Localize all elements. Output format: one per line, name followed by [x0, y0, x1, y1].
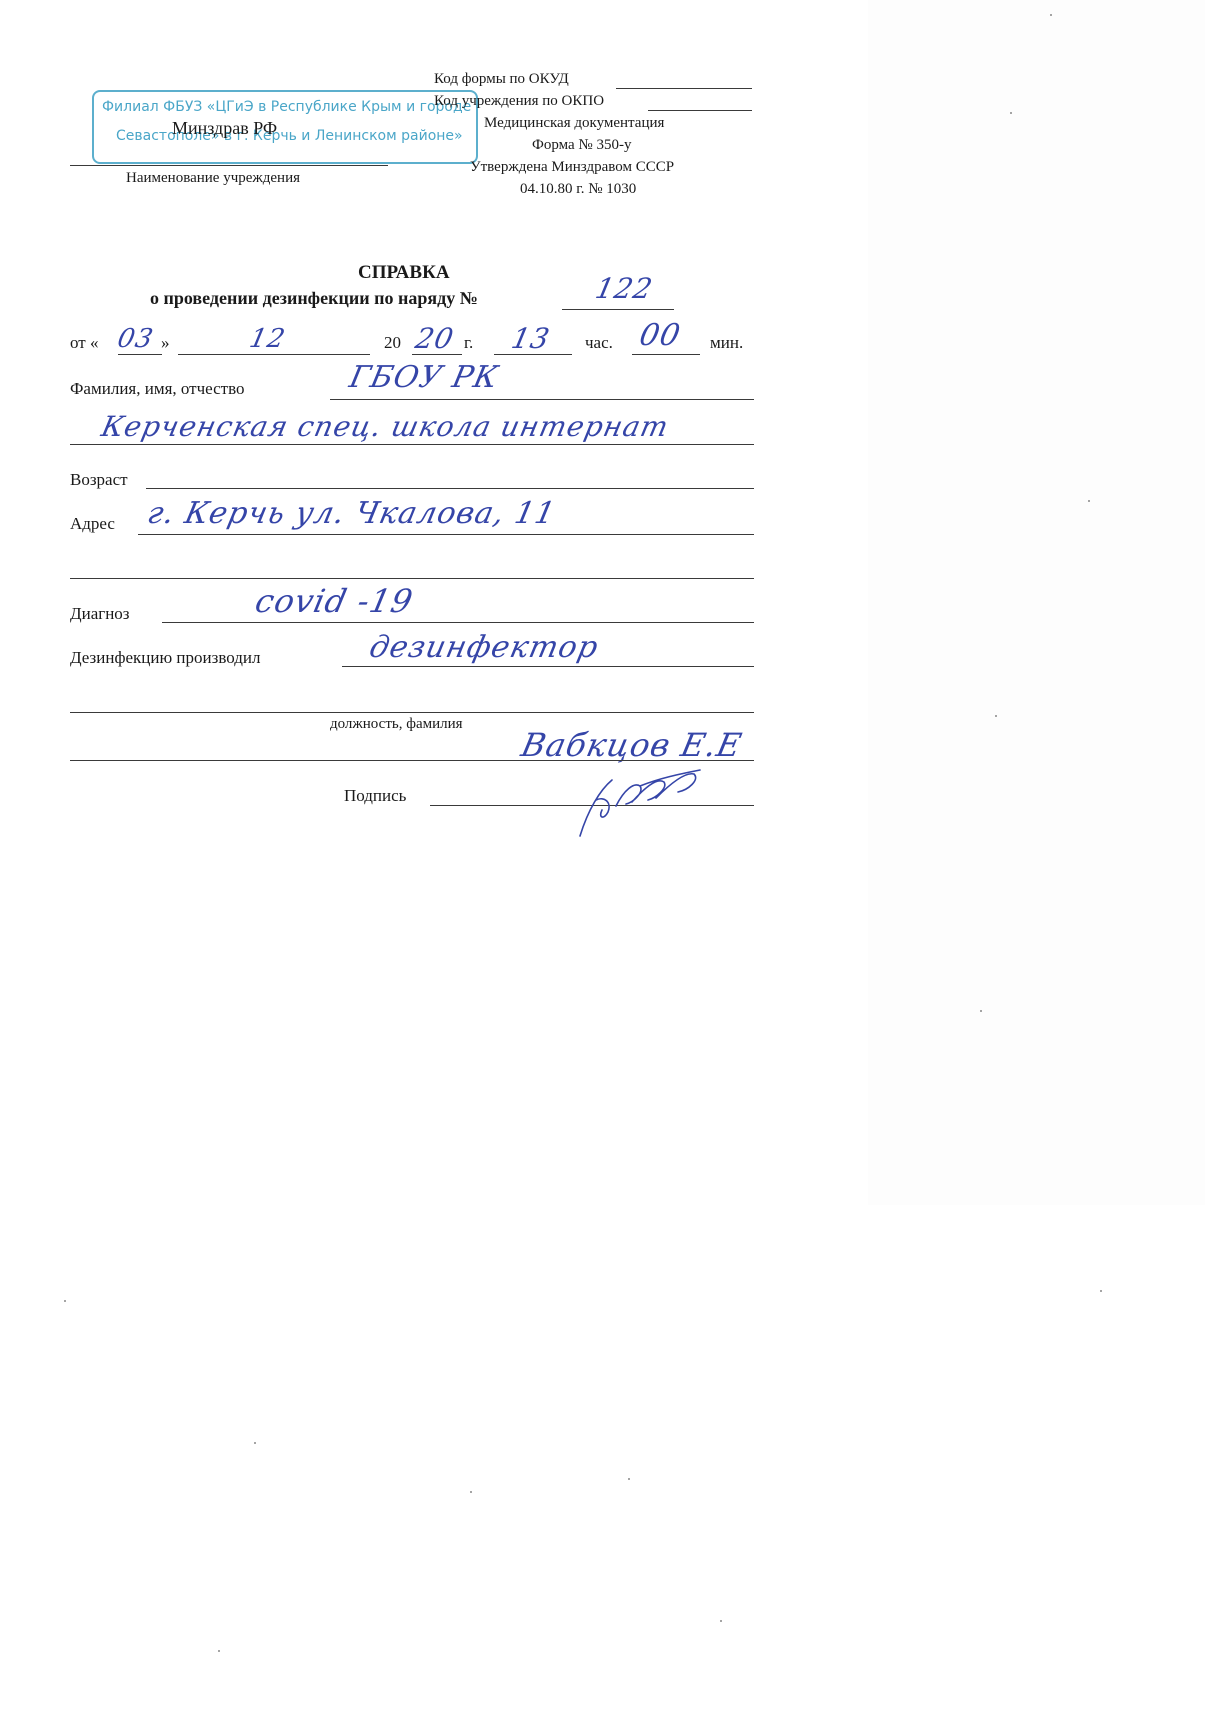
stamp-line-1: Филиал ФБУЗ «ЦГиЭ в Республике Крым и го… — [102, 99, 471, 115]
order-number-line — [562, 309, 674, 310]
signature-scribble — [560, 760, 760, 840]
scan-speck — [470, 1491, 472, 1493]
month-value: 12 — [247, 324, 288, 354]
full-name-line-2 — [70, 444, 754, 445]
full-name-value-2: Керченская спец. школа интернат — [98, 410, 672, 443]
full-name-label: Фамилия, имя, отчество — [70, 379, 245, 399]
performed-by-label: Дезинфекцию производил — [70, 648, 261, 668]
year-prefix: 20 — [384, 333, 401, 353]
minute-value: 00 — [636, 318, 684, 353]
position-name-label: должность, фамилия — [330, 716, 463, 733]
address-line-2 — [70, 578, 754, 579]
scan-speck — [1088, 500, 1090, 502]
order-number-value: 122 — [592, 272, 655, 305]
okud-line — [616, 88, 752, 89]
scan-speck — [995, 715, 997, 717]
minute-label: мин. — [710, 333, 743, 353]
age-line — [146, 488, 754, 489]
scan-speck — [720, 1620, 722, 1622]
scan-speck — [628, 1478, 630, 1480]
performer-name-value: Вабкцов Е.Е — [518, 726, 746, 764]
okpo-label: Код учреждения по ОКПО — [434, 93, 604, 110]
scan-speck — [64, 1300, 66, 1302]
document-title: СПРАВКА — [358, 262, 450, 284]
doc-type: Медицинская документация — [484, 115, 664, 132]
minute-line — [632, 354, 700, 355]
document-subtitle: о проведении дезинфекции по наряду № — [150, 288, 478, 309]
institution-label: Наименование учреждения — [126, 170, 300, 187]
scan-speck — [1100, 1290, 1102, 1292]
scan-speck — [1010, 112, 1012, 114]
performed-by-value: дезинфектор — [366, 630, 602, 665]
day-value: 03 — [115, 324, 156, 354]
full-name-value-1: ГБОУ РК — [346, 360, 502, 395]
signature-label: Подпись — [344, 786, 406, 806]
approved-by: Утверждена Минздравом СССР — [470, 159, 674, 176]
full-name-line-1 — [330, 399, 754, 400]
performed-by-line-2 — [70, 712, 754, 713]
month-line — [178, 354, 370, 355]
hour-value: 13 — [508, 322, 553, 355]
diagnosis-label: Диагноз — [70, 604, 130, 624]
date-from-label: от « — [70, 333, 98, 353]
diagnosis-line — [162, 622, 754, 623]
stamp-line-2: Севастополе» в г. Керчь и Ленинском райо… — [116, 128, 463, 144]
performed-by-line — [342, 666, 754, 667]
day-line — [118, 354, 162, 355]
diagnosis-value: covid -19 — [252, 582, 417, 620]
scan-speck — [1050, 14, 1052, 16]
year-suffix: г. — [464, 333, 473, 353]
scan-speck — [980, 1010, 982, 1012]
scan-speck — [218, 1650, 220, 1652]
okud-label: Код формы по ОКУД — [434, 71, 569, 88]
address-value: г. Керчь ул. Чкалова, 11 — [144, 496, 559, 531]
ministry-name: Минздрав РФ — [172, 118, 277, 139]
age-label: Возраст — [70, 470, 128, 490]
address-line-1 — [138, 534, 754, 535]
institution-line — [70, 165, 388, 166]
page-scan-shade — [868, 0, 1205, 1205]
form-number: Форма № 350-у — [532, 137, 631, 154]
hour-label: час. — [585, 333, 613, 353]
scan-speck — [254, 1442, 256, 1444]
day-quote-close: » — [161, 333, 170, 353]
approved-date: 04.10.80 г. № 1030 — [520, 181, 636, 198]
address-label: Адрес — [70, 514, 115, 534]
year-value: 20 — [412, 322, 457, 355]
okpo-line — [648, 110, 752, 111]
